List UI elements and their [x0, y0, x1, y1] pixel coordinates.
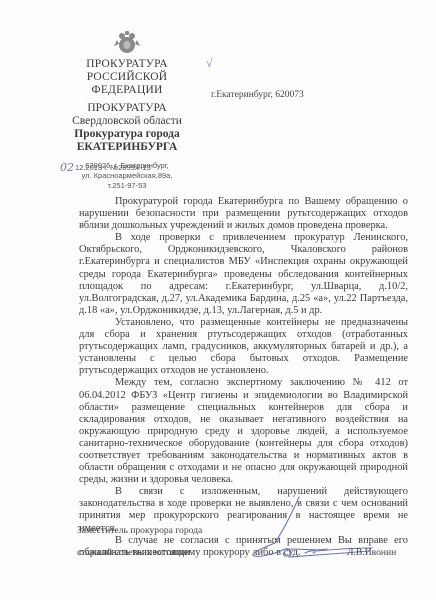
- letter-page: ПРОКУРАТУРА РОССИЙСКОЙ ФЕДЕРАЦИИ ПРОКУРА…: [0, 0, 436, 600]
- handwritten-day: 02: [60, 161, 74, 174]
- signer-title-2: старший советник юстиции: [77, 547, 190, 558]
- header-office-2: ЕКАТЕРИНБУРГА: [52, 141, 202, 154]
- double-headed-eagle-emblem-icon: [114, 30, 140, 56]
- paragraph: Между тем, согласно экспертному заключен…: [79, 377, 408, 486]
- reference-line: 02 12.2013 г. №2899ж-13: [60, 161, 151, 174]
- paragraph: Прокуратурой города Екатеринбурга по Ваш…: [79, 196, 408, 232]
- header-line-1: ПРОКУРАТУРА: [52, 58, 202, 71]
- phone: т.251-97-53: [52, 181, 202, 191]
- handwritten-check-mark: √: [206, 56, 213, 71]
- signer-name: Л.В.Ивонин: [347, 547, 396, 558]
- header-office-1: Прокуратура города: [52, 128, 202, 141]
- header-line-2: РОССИЙСКОЙ ФЕДЕРАЦИИ: [52, 71, 202, 97]
- paragraph: Установлено, что размещенные контейнеры …: [79, 317, 408, 377]
- recipient-address: г.Екатеринбург, 620073: [211, 90, 304, 100]
- paragraph: В ходе проверки с привлечением прокурату…: [79, 232, 408, 317]
- header-region: Свердловской области: [52, 115, 202, 128]
- header-line-3: ПРОКУРАТУРА: [52, 102, 202, 115]
- date-and-number: 12.2013 г. №2899ж-13: [75, 163, 151, 172]
- signer-title-1: Заместитель прокурора города: [77, 525, 202, 536]
